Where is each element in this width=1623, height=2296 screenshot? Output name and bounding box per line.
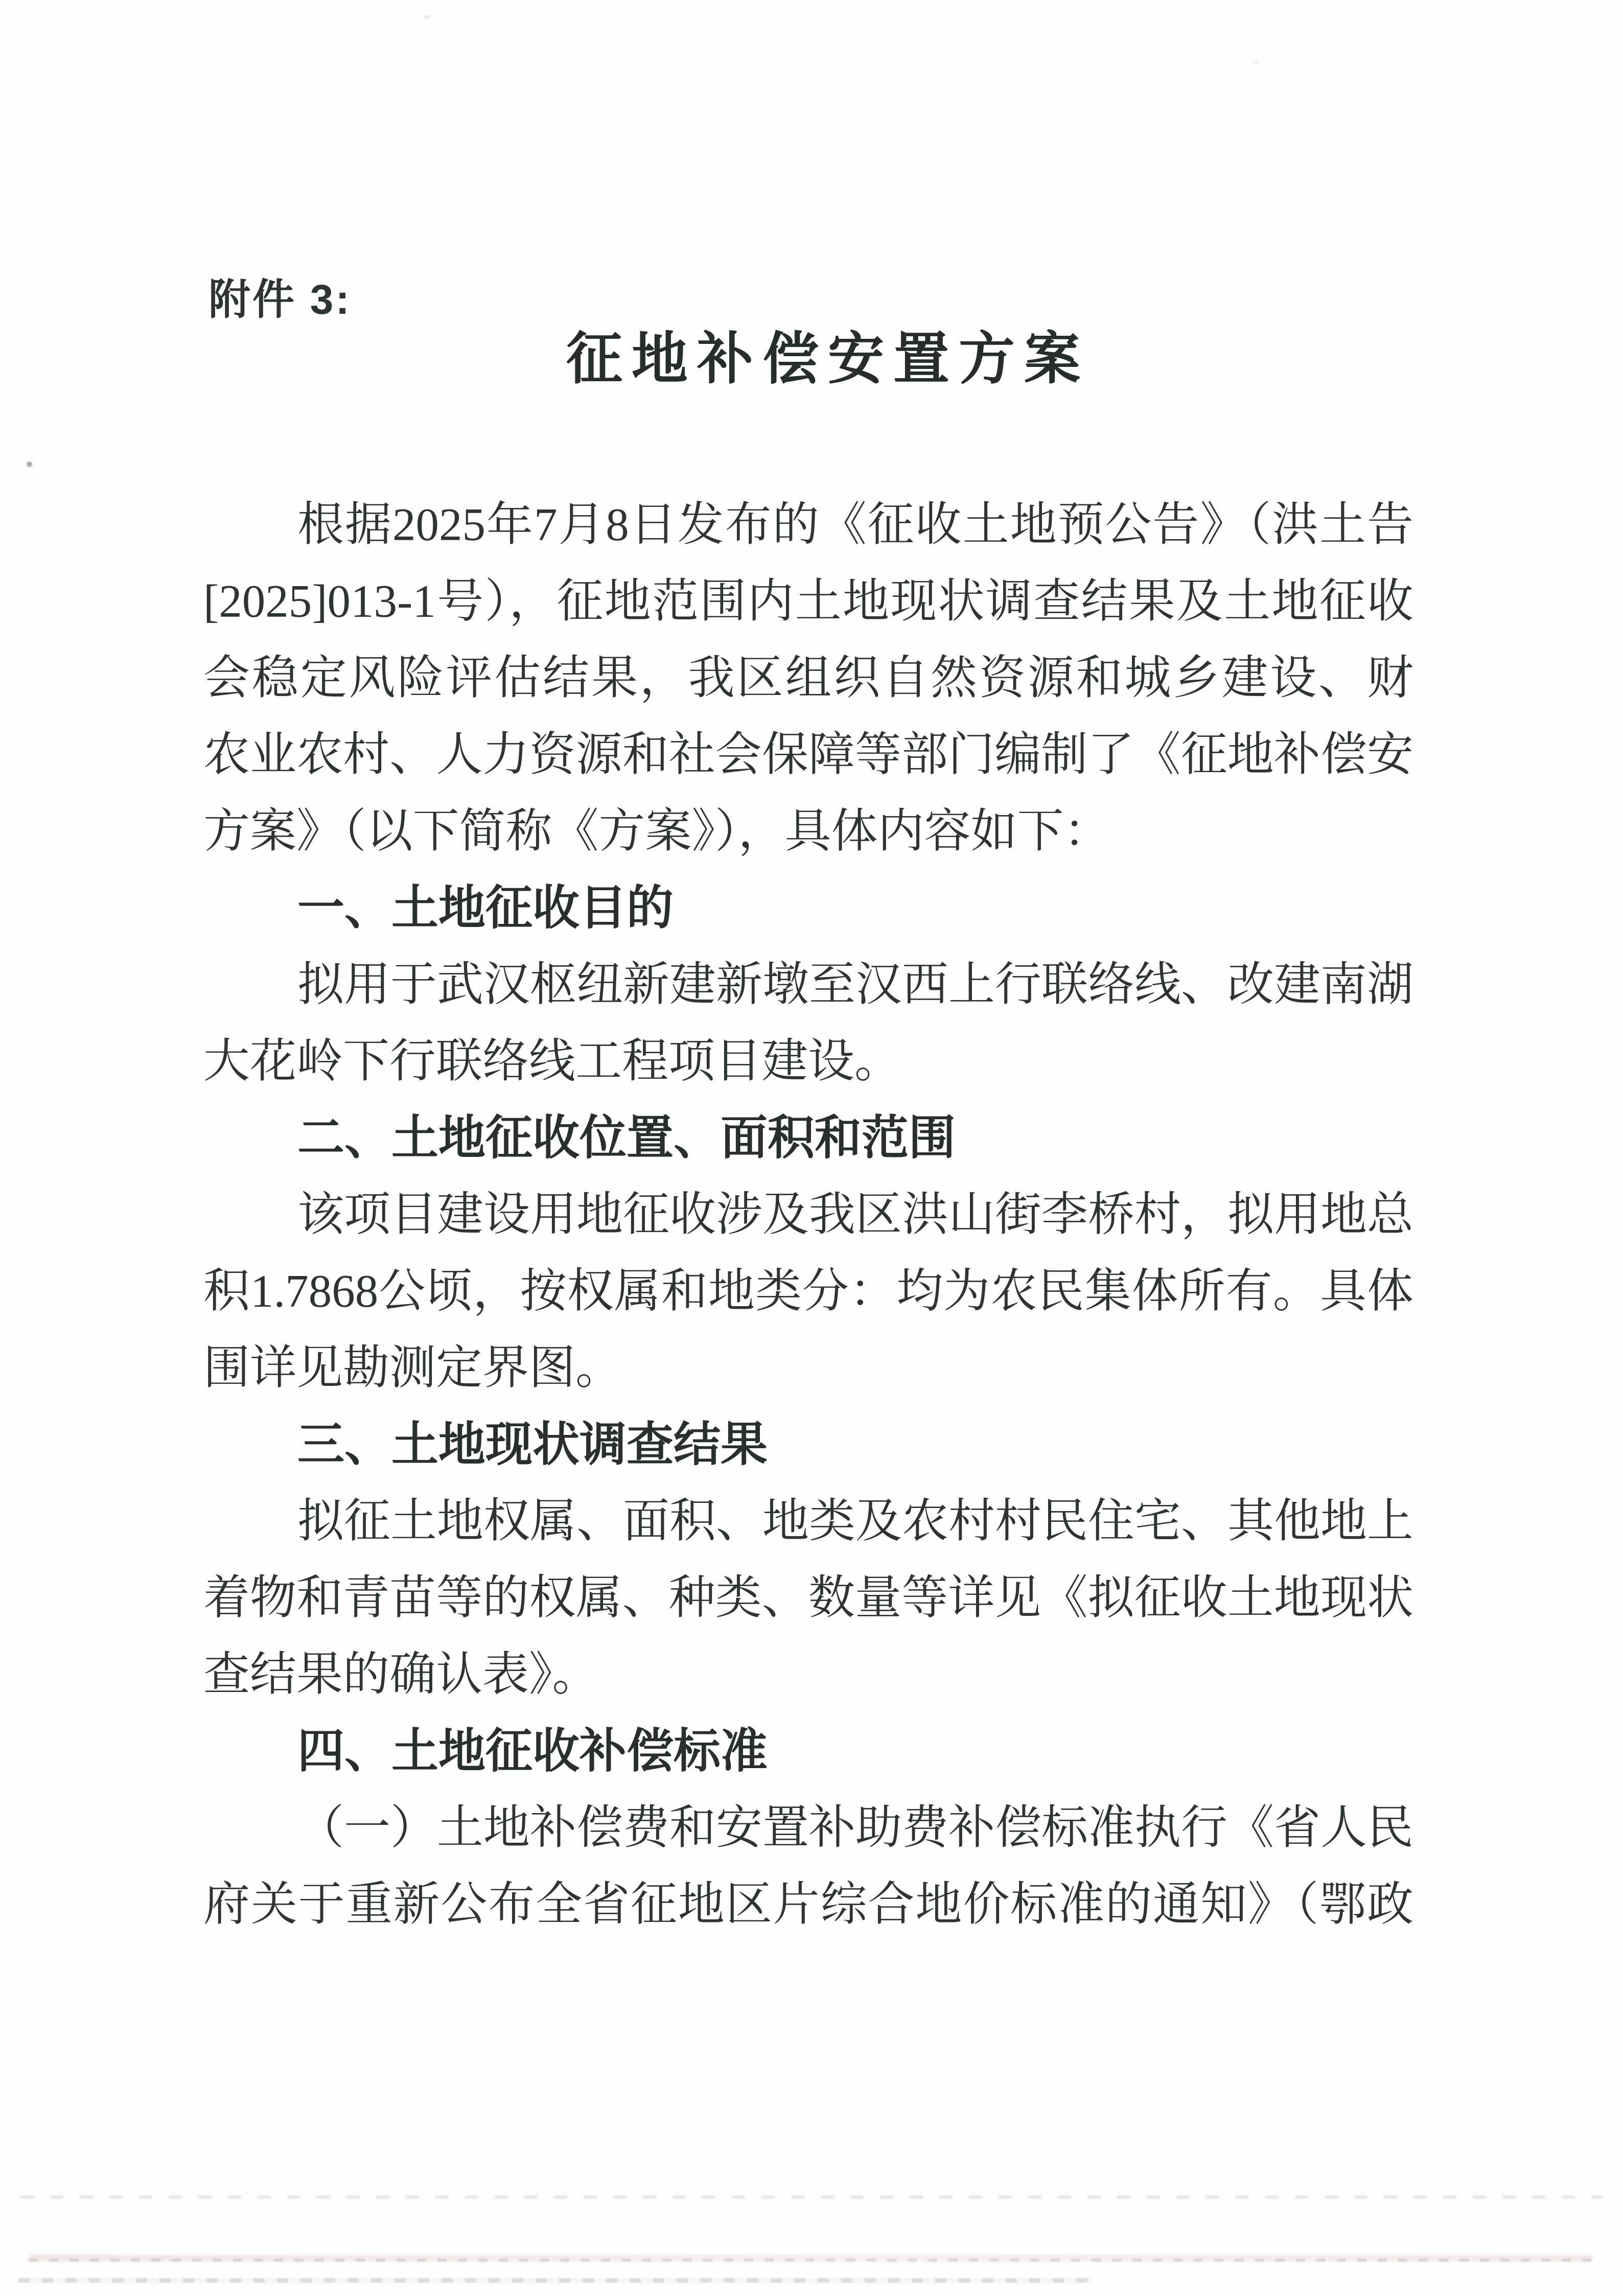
scan-speck-artifact	[1253, 60, 1259, 65]
body-line: 积1.7868公顷，按权属和地类分：均为农民集体所有。具体范	[203, 1253, 1413, 1330]
document-title: 征地补偿安置方案	[566, 321, 1089, 398]
scan-bleedthrough-artifact	[18, 2278, 1092, 2283]
document-body: 根据2025年7月8日发布的《征收土地预公告》（洪土告字[2025]013-1号…	[203, 486, 1413, 1943]
body-line: 该项目建设用地征收涉及我区洪山街李桥村，拟用地总面	[203, 1176, 1413, 1253]
body-line: 拟征土地权属、面积、地类及农村村民住宅、其他地上附	[203, 1483, 1413, 1560]
body-line: 查结果的确认表》。	[203, 1636, 1413, 1713]
body-line: [2025]013-1号），征地范围内土地现状调查结果及土地征收社	[203, 563, 1413, 640]
body-line: 大花岭下行联络线工程项目建设。	[203, 1023, 1413, 1100]
body-line: 农业农村、人力资源和社会保障等部门编制了《征地补偿安置	[203, 716, 1413, 793]
body-line: （一）土地补偿费和安置补助费补偿标准执行《省人民政	[203, 1790, 1413, 1866]
scan-dot-artifact	[27, 461, 32, 467]
scan-bleedthrough-artifact	[29, 2255, 1592, 2261]
document-page: 附件 3: 征地补偿安置方案 根据2025年7月8日发布的《征收土地预公告》（洪…	[0, 0, 1623, 2296]
scan-bleedthrough-artifact	[29, 2259, 1592, 2262]
body-line: 围详见勘测定界图。	[203, 1330, 1413, 1406]
body-line: 拟用于武汉枢纽新建新墩至汉西上行联络线、改建南湖至	[203, 946, 1413, 1023]
body-line: 会稳定风险评估结果，我区组织自然资源和城乡建设、财政、	[203, 640, 1413, 716]
scan-speck-artifact	[423, 14, 430, 19]
section-heading: 三、土地现状调查结果	[203, 1406, 1413, 1483]
body-line: 根据2025年7月8日发布的《征收土地预公告》（洪土告字	[203, 486, 1413, 563]
body-line: 府关于重新公布全省征地区片综合地价标准的通知》（鄂政发	[203, 1866, 1413, 1943]
section-heading: 二、土地征收位置、面积和范围	[203, 1100, 1413, 1176]
scan-bleedthrough-artifact	[20, 2195, 1603, 2199]
section-heading: 四、土地征收补偿标准	[203, 1713, 1413, 1790]
body-line: 着物和青苗等的权属、种类、数量等详见《拟征收土地现状调	[203, 1560, 1413, 1636]
attachment-label: 附件 3:	[208, 272, 352, 328]
section-heading: 一、土地征收目的	[203, 870, 1413, 946]
body-line: 方案》（以下简称《方案》），具体内容如下：	[203, 793, 1413, 870]
